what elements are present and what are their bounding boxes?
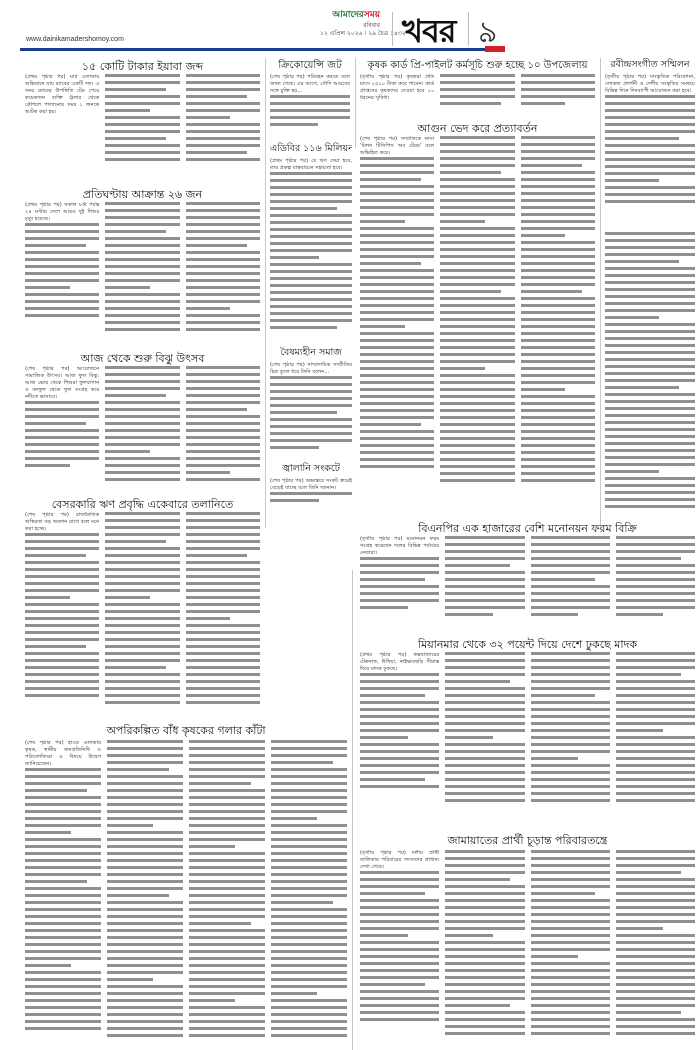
- headline[interactable]: বিএনপির এক হাজারের বেশি মনোনয়ন ফরম বিক্…: [360, 520, 695, 536]
- article-body: [186, 202, 260, 335]
- article-body: [189, 740, 265, 1041]
- issue-date: ১২ এপ্রিল ২০২৬ । ২৯ চৈত্র ১৪৩২: [320, 30, 380, 38]
- site-url[interactable]: www.dainikamadershomoy.com: [26, 36, 124, 43]
- headline[interactable]: কৃষক কার্ড প্রি-পাইলট কর্মসূচি শুরু হচ্ছ…: [360, 58, 595, 74]
- article-body: [445, 652, 524, 806]
- article-body: [616, 536, 695, 620]
- article-body: [105, 74, 179, 165]
- brand-logo: আমাদেরসময়: [320, 10, 380, 20]
- article-attacked[interactable]: প্রতিঘণ্টায় আক্রান্ত ২৬ জন (প্রথম পৃষ্ঠ…: [25, 186, 260, 346]
- article-lead: (শেষ পৃষ্ঠার পর) সম্প্রতিকে নাসা ‘মিশন ট…: [360, 136, 434, 157]
- column-rule: [265, 58, 266, 528]
- article-body: [531, 850, 610, 1039]
- article-body: [107, 740, 183, 1041]
- masthead-divider: [468, 12, 469, 46]
- headline[interactable]: জামায়াতের প্রার্থী চূড়ান্ত পরিবারতন্ত্…: [360, 832, 695, 850]
- article-rabindrasangeet[interactable]: রবীন্দ্রসংগীত সম্মিলন (তৃতীয় পৃষ্ঠার পর…: [605, 58, 695, 228]
- article-body: [186, 366, 260, 485]
- article-lead: (তৃতীয় পৃষ্ঠার পর) মনোনয়ন ফরম সংগ্রহ ক…: [360, 536, 439, 557]
- article-lead: (শেষ পৃষ্ঠার পর) অভ্যন্তরে সংকট ক্রমেই ব…: [270, 478, 352, 492]
- headline[interactable]: আগুন ভেদ করে প্রত্যাবর্তন: [360, 120, 595, 136]
- article-body: [105, 366, 179, 485]
- headline[interactable]: বেসরকারি ঋণ প্রবৃদ্ধি একেবারে তলানিতে: [25, 496, 260, 512]
- article-body: [616, 652, 695, 806]
- column-rule: [600, 58, 601, 528]
- article-lead: (তৃতীয় পৃষ্ঠার পর) সাংস্কৃতিক পরিবেশনা,…: [605, 74, 695, 95]
- article-lead: (শেষ পৃষ্ঠার পর) রাজনৈতিক অস্থিরতা বড় অ…: [25, 512, 99, 533]
- headline[interactable]: আজ থেকে শুরু বিঝু উৎসব: [25, 350, 260, 366]
- article-jamaat[interactable]: জামায়াতের প্রার্থী চূড়ান্ত পরিবারতন্ত্…: [360, 832, 695, 1047]
- article-adb[interactable]: এডিবির ১১৬ মিলিয়ন (প্রথম পৃষ্ঠার পর) যে…: [270, 142, 352, 342]
- masthead: www.dainikamadershomoy.com আমাদেরসময় রব…: [0, 0, 700, 50]
- headline[interactable]: রবীন্দ্রসংগীত সম্মিলন: [605, 58, 695, 74]
- article-body: [105, 202, 179, 335]
- section-title: খবর: [402, 6, 455, 60]
- brand-logo-part2: সময়: [364, 10, 380, 20]
- masthead-divider: [392, 12, 393, 46]
- header-rule: [20, 48, 485, 51]
- article-lead: (প্রথম পৃষ্ঠার পর) সকাল ৮টা পর্যন্ত ২৪ ঘ…: [25, 202, 99, 223]
- article-lead: (তৃতীয় পৃষ্ঠার পর) কৃষকরা প্রতি মাসে ২৫…: [360, 74, 434, 102]
- article-lead: (শেষ পৃষ্ঠার পর) সাম্প্রদায়িক সম্প্রীতি…: [270, 362, 352, 376]
- article-right-column[interactable]: [605, 232, 695, 517]
- article-boishommo[interactable]: বৈষম্যহীন সমাজ (শেষ পৃষ্ঠার পর) সাম্প্রদ…: [270, 346, 352, 456]
- article-body: [440, 74, 514, 109]
- article-badh[interactable]: অপরিকল্পিত বাঁধ কৃষকের গলার কাঁটা (শেষ প…: [25, 722, 347, 1047]
- article-krishak-card[interactable]: কৃষক কার্ড প্রি-পাইলট কর্মসূচি শুরু হচ্ছ…: [360, 58, 595, 116]
- headline[interactable]: জ্বালানি সংকটে: [270, 462, 352, 478]
- article-body: [445, 536, 524, 620]
- article-body: [186, 512, 260, 708]
- brand-logo-part1: আমাদের: [332, 10, 363, 20]
- issue-day: রবিবার: [320, 22, 380, 30]
- article-lead: (শেষ পৃষ্ঠার পর) পরিবহন করতে বলে জানা গে…: [270, 74, 350, 95]
- article-body: [521, 74, 595, 109]
- article-bnp[interactable]: বিএনপির এক হাজারের বেশি মনোনয়ন ফরম বিক্…: [360, 520, 695, 628]
- headline[interactable]: অপরিকল্পিত বাঁধ কৃষকের গলার কাঁটা: [25, 722, 347, 740]
- article-body: [445, 850, 524, 1039]
- article-body: [186, 74, 260, 165]
- article-agun[interactable]: আগুন ভেদ করে প্রত্যাবর্তন (শেষ পৃষ্ঠার প…: [360, 120, 595, 515]
- article-body: [521, 136, 595, 486]
- article-body: [271, 740, 347, 1041]
- article-besorkari[interactable]: বেসরকারি ঋণ প্রবৃদ্ধি একেবারে তলানিতে (শ…: [25, 496, 260, 716]
- column-rule: [352, 570, 353, 1050]
- article-lead: (তৃতীয় পৃষ্ঠার পর) দলীয় প্রার্থী তালিক…: [360, 850, 439, 871]
- article-jalani[interactable]: জ্বালানি সংকটে (শেষ পৃষ্ঠার পর) অভ্যন্তর…: [270, 462, 352, 517]
- headline[interactable]: ১৫ কোটি টাকার ইয়াবা জব্দ: [25, 58, 260, 74]
- headline[interactable]: মিয়ানমার থেকে ৩২ পয়েন্ট দিয়ে দেশে ঢুক…: [360, 636, 695, 652]
- column-rule: [355, 58, 356, 148]
- headline[interactable]: এডিবির ১১৬ মিলিয়ন: [270, 142, 352, 158]
- article-body: [616, 850, 695, 1039]
- article-lead: (শেষ পৃষ্ঠার পর) হাওর এলাকায় কৃষক, স্থা…: [25, 740, 101, 768]
- header-rule-accent: [485, 46, 505, 52]
- article-body: [440, 136, 514, 486]
- article-body: [531, 536, 610, 620]
- brand-block: আমাদেরসময় রবিবার ১২ এপ্রিল ২০২৬ । ২৯ চৈ…: [320, 10, 380, 38]
- article-myanmar[interactable]: মিয়ানমার থেকে ৩২ পয়েন্ট দিয়ে দেশে ঢুক…: [360, 636, 695, 816]
- article-lead: (প্রথম পৃষ্ঠার পর) ঘাট এলাকায় অভিযানে য…: [25, 74, 99, 116]
- headline[interactable]: প্রতিঘণ্টায় আক্রান্ত ২৬ জন: [25, 186, 260, 202]
- headline[interactable]: ক্রিকোয়েন্সি জট: [270, 58, 350, 74]
- article-lead: (প্রথম পৃষ্ঠার পর) যে ঋণ দেয়া হবে, তার …: [270, 158, 352, 172]
- article-body: [605, 232, 695, 508]
- article-lead: (প্রথম পৃষ্ঠার পর) কক্সবাজারের টেকনাফ, উ…: [360, 652, 439, 673]
- article-bizu[interactable]: আজ থেকে শুরু বিঝু উৎসব (শেষ পৃষ্ঠার পর) …: [25, 350, 260, 490]
- article-lead: (শেষ পৃষ্ঠার পর) আয়োজনে সামাজিক উৎসব। আ…: [25, 366, 99, 401]
- article-body: [531, 652, 610, 806]
- article-yaba[interactable]: ১৫ কোটি টাকার ইয়াবা জব্দ (প্রথম পৃষ্ঠার…: [25, 58, 260, 180]
- headline[interactable]: বৈষম্যহীন সমাজ: [270, 346, 352, 362]
- article-cricket[interactable]: ক্রিকোয়েন্সি জট (শেষ পৃষ্ঠার পর) পরিবহন…: [270, 58, 350, 138]
- article-body: [105, 512, 179, 708]
